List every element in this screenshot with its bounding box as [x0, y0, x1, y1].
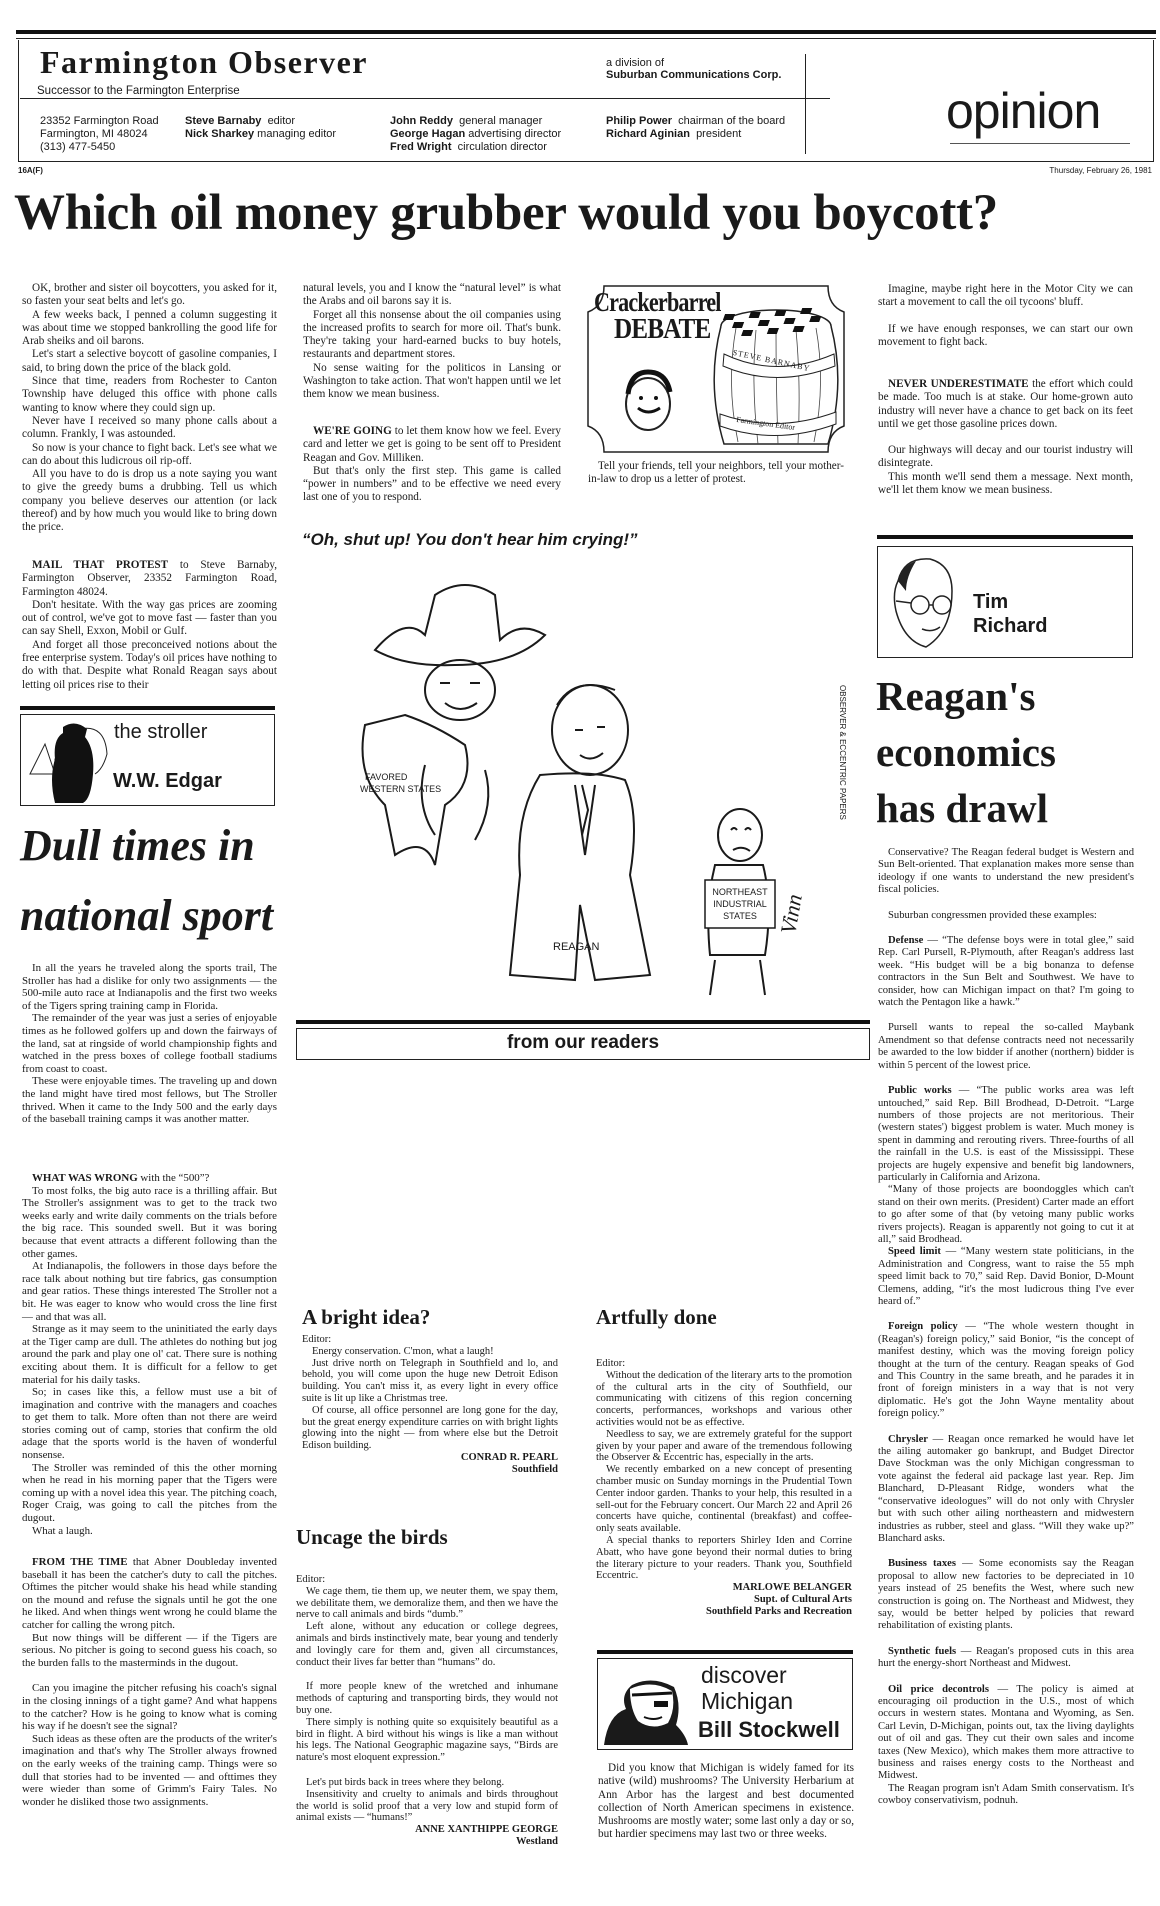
paragraph: “Many of those projects are boondoggles … — [878, 1184, 1134, 1246]
paragraph: Speed limit — “Many western state politi… — [878, 1246, 1134, 1308]
paragraph: And forget all those preconceived notion… — [22, 639, 277, 692]
svg-text:WESTERN STATES: WESTERN STATES — [360, 784, 441, 794]
paragraph: natural levels, you and I know the “natu… — [303, 282, 561, 309]
corp-name: Suburban Communications Corp. — [606, 68, 781, 82]
issue-date: Thursday, February 26, 1981 — [1000, 166, 1152, 175]
crackerbarrel-debate-logo: Crackerbarrel DEBATE STEVE BARNABY Farmi… — [586, 284, 846, 454]
masthead-title-rule — [20, 98, 830, 99]
paragraph: The Stroller was reminded of this the ot… — [22, 1462, 277, 1525]
paragraph: Let's put birds back in trees where they… — [296, 1777, 558, 1789]
boycott-col2: natural levels, you and I know the “natu… — [303, 282, 561, 402]
paper-name: Farmington Observer — [40, 44, 368, 81]
opinion-underline — [950, 143, 1130, 144]
paragraph: Since that time, readers from Rochester … — [22, 375, 277, 415]
staff-role: advertising director — [468, 128, 561, 140]
salutation: Editor: — [596, 1358, 852, 1370]
staff-role: managing editor — [257, 128, 336, 140]
cartoon-illustration-icon: NORTHEAST INDUSTRIAL STATES FAVORED WEST… — [295, 555, 865, 1015]
paragraph: We cage them, tie them up, we neuter the… — [296, 1586, 558, 1621]
letter-location: Southfield Parks and Recreation — [596, 1606, 852, 1618]
paragraph: No sense waiting for the politicos in La… — [303, 362, 561, 402]
paragraph: Strange as it may seem to the uninitiate… — [22, 1323, 277, 1386]
staff-name: Nick Sharkey — [185, 128, 254, 140]
svg-text:FAVORED: FAVORED — [365, 772, 408, 782]
paragraph: Never have I received so many phone call… — [22, 415, 277, 442]
staff-role: editor — [268, 115, 296, 127]
paragraph: Pursell wants to repeal the so-called Ma… — [878, 1022, 1134, 1072]
successor-line: Successor to the Farmington Enterprise — [37, 84, 240, 98]
paragraph: If we have enough responses, we can star… — [878, 323, 1133, 350]
boycott-col4: Imagine, maybe right here in the Motor C… — [878, 283, 1133, 349]
letter-signature: CONRAD R. PEARL — [302, 1452, 558, 1464]
staff-col2: John Reddy general manager George Hagan … — [390, 115, 561, 154]
paragraph: There simply is nothing quite so exquisi… — [296, 1717, 558, 1764]
debate-title: DEBATE — [614, 316, 710, 344]
bill-stockwell-portrait-icon — [602, 1665, 688, 1747]
svg-text:STATES: STATES — [723, 911, 757, 921]
paragraph: But that's only the first step. This gam… — [303, 465, 561, 505]
paragraph: Insensitivity and cruelty to animals and… — [296, 1789, 558, 1824]
phone-line: (313) 477-5450 — [40, 141, 159, 154]
paragraph: These were enjoyable times. The travelin… — [22, 1075, 277, 1125]
paragraph: Tell your friends, tell your neighbors, … — [588, 460, 844, 487]
tim-richard-body: Conservative? The Reagan federal budget … — [878, 847, 1134, 1808]
paragraph: Business taxes — Some economists say the… — [878, 1558, 1134, 1632]
tim-richard-first: Tim — [973, 591, 1008, 613]
paragraph: The remainder of the year was just a ser… — [22, 1012, 277, 1075]
paragraph: We recently embarked on a new concept of… — [596, 1464, 852, 1535]
boycott-col2b: WE'RE GOING to let them know how we feel… — [303, 425, 561, 505]
paragraph: What a laugh. — [22, 1525, 277, 1538]
stroller-silhouette-icon — [25, 719, 111, 803]
paragraph: Chrysler — Reagan once remarked he would… — [878, 1434, 1134, 1546]
main-headline: Which oil money grubber would you boycot… — [14, 183, 1154, 243]
paragraph: Synthetic fuels — Reagan's proposed cuts… — [878, 1646, 1134, 1671]
paragraph: OK, brother and sister oil boycotters, y… — [22, 282, 277, 309]
letter-body: Editor: Energy conservation. C'mon, what… — [302, 1334, 558, 1476]
paragraph: Just drive north on Telegraph in Southfi… — [302, 1358, 558, 1405]
discover-rule — [597, 1650, 853, 1654]
paragraph: with the “500”? — [138, 1172, 210, 1184]
salutation: Editor: — [296, 1574, 558, 1586]
stroller-box: the stroller W.W. Edgar — [20, 714, 275, 806]
staff-name: Steve Barnaby — [185, 115, 261, 127]
staff-name: Philip Power — [606, 115, 672, 127]
staff-name: George Hagan — [390, 128, 465, 140]
paragraph: But now things will be different — if th… — [22, 1632, 277, 1670]
letter-location: Southfield — [302, 1464, 558, 1476]
paragraph: To most folks, the big auto race is a th… — [22, 1185, 277, 1261]
staff-col1: Steve Barnaby editor Nick Sharkey managi… — [185, 115, 336, 141]
paragraph: Energy conservation. C'mon, what a laugh… — [302, 1346, 558, 1358]
svg-text:REAGAN: REAGAN — [553, 941, 600, 953]
masthead-vertical-divider — [805, 54, 806, 154]
paragraph: Conservative? The Reagan federal budget … — [878, 847, 1134, 897]
tim-richard-portrait-icon — [886, 551, 956, 651]
salutation: Editor: — [302, 1334, 558, 1346]
paragraph: So; in cases like this, a fellow must us… — [22, 1386, 277, 1462]
editorial-cartoon: NORTHEAST INDUSTRIAL STATES FAVORED WEST… — [295, 555, 865, 1015]
svg-text:INDUSTRIAL: INDUSTRIAL — [713, 899, 767, 909]
paragraph: Suburban congressmen provided these exam… — [878, 910, 1134, 922]
staff-col3: Philip Power chairman of the board Richa… — [606, 115, 785, 141]
paragraph: If more people knew of the wretched and … — [296, 1681, 558, 1716]
paragraph: Imagine, maybe right here in the Motor C… — [878, 283, 1133, 310]
paragraph: In all the years he traveled along the s… — [22, 962, 277, 1012]
michigan-label: Michigan — [701, 1688, 793, 1714]
letter-signature: MARLOWE BELANGER — [596, 1582, 852, 1594]
masthead-top-rule — [16, 30, 1156, 34]
paragraph: Can you imagine the pitcher refusing his… — [22, 1682, 277, 1732]
tim-richard-rule — [877, 535, 1133, 539]
svg-text:Vinn: Vinn — [775, 892, 807, 936]
paragraph: Oil price decontrols — The policy is aim… — [878, 1684, 1134, 1783]
letter-title: Uncage the birds — [296, 1525, 448, 1550]
cartoon-caption: “Oh, shut up! You don't hear him crying!… — [302, 530, 638, 550]
tim-richard-last: Richard — [973, 615, 1047, 637]
paragraph: Such ideas as these often are the produc… — [22, 1733, 277, 1809]
paragraph: This month we'll send them a message. Ne… — [878, 471, 1133, 498]
address-line: Farmington, MI 48024 — [40, 128, 159, 141]
letter-title: A bright idea? — [302, 1305, 430, 1330]
stroller-body-c: FROM THE TIME that Abner Doubleday inven… — [22, 1556, 277, 1808]
section-label-opinion: opinion — [946, 86, 1100, 136]
boycott-col3: Tell your friends, tell your neighbors, … — [588, 460, 844, 487]
paragraph: At Indianapolis, the followers in those … — [22, 1260, 277, 1323]
letter-title: Artfully done — [596, 1305, 717, 1330]
paragraph: Foreign policy — “The whole western thou… — [878, 1321, 1134, 1420]
masthead-rule — [16, 38, 1156, 39]
paragraph: Without the dedication of the literary a… — [596, 1370, 852, 1429]
paragraph: Needless to say, we are extremely gratef… — [596, 1429, 852, 1464]
paragraph: A few weeks back, I penned a column sugg… — [22, 309, 277, 349]
tim-richard-box: Tim Richard — [877, 546, 1133, 658]
letter-body: Editor: Without the dedication of the li… — [596, 1358, 852, 1618]
stroller-body-a: In all the years he traveled along the s… — [22, 962, 277, 1126]
tim-richard-headline: Reagan's economics has drawl — [876, 668, 1056, 836]
readers-banner-label: from our readers — [296, 1032, 870, 1054]
lead-in: MAIL THAT PROTEST — [32, 559, 168, 571]
staff-name: Richard Aginian — [606, 128, 690, 140]
staff-role: chairman of the board — [678, 115, 785, 127]
letter-signer-title: Supt. of Cultural Arts — [596, 1594, 852, 1606]
address-block: 23352 Farmington Road Farmington, MI 480… — [40, 115, 159, 154]
discover-body: Did you know that Michigan is widely fam… — [598, 1762, 854, 1842]
paragraph: Left alone, without any education or col… — [296, 1621, 558, 1668]
letter-signature: ANNE XANTHIPPE GEORGE — [296, 1824, 558, 1836]
paragraph: Let's start a selective boycott of gasol… — [22, 348, 277, 375]
lead-in: WHAT WAS WRONG — [32, 1172, 138, 1184]
paragraph: All you have to do is drop us a note say… — [22, 468, 277, 534]
letter-body: Editor: We cage them, tie them up, we ne… — [296, 1574, 558, 1848]
paragraph: A special thanks to reporters Shirley Id… — [596, 1535, 852, 1582]
boycott-col1: OK, brother and sister oil boycotters, y… — [22, 282, 277, 535]
letter-location: Westland — [296, 1836, 558, 1848]
lead-in: FROM THE TIME — [32, 1556, 128, 1568]
headline-line: economics — [876, 724, 1056, 780]
discover-michigan-box: discover Michigan Bill Stockwell — [597, 1658, 853, 1750]
headline-line: Reagan's — [876, 668, 1056, 724]
paragraph: So now is your chance to fight back. Let… — [22, 442, 277, 469]
paragraph: The Reagan program isn't Adam Smith cons… — [878, 1783, 1134, 1808]
stroller-author: W.W. Edgar — [113, 770, 222, 793]
staff-role: president — [696, 128, 741, 140]
discover-label: discover — [701, 1662, 787, 1688]
paragraph: Defense — “The defense boys were in tota… — [878, 935, 1134, 1009]
address-line: 23352 Farmington Road — [40, 115, 159, 128]
discover-author: Bill Stockwell — [698, 1717, 840, 1743]
crackerbarrel-title: Crackerbarrel — [594, 288, 721, 316]
stroller-headline-line1: Dull times in — [20, 822, 255, 870]
lead-in: NEVER UNDERESTIMATE — [888, 378, 1029, 390]
boycott-col4b: NEVER UNDERESTIMATE the effort which cou… — [878, 378, 1133, 497]
svg-text:NORTHEAST: NORTHEAST — [712, 887, 768, 897]
stroller-column-label: the stroller — [114, 721, 207, 744]
paragraph: Forget all this nonsense about the oil c… — [303, 309, 561, 362]
staff-role: general manager — [459, 115, 542, 127]
paragraph: Did you know that Michigan is widely fam… — [598, 1762, 854, 1842]
stroller-rule — [20, 706, 275, 710]
paragraph: Of course, all office personnel are long… — [302, 1405, 558, 1452]
stroller-headline-line2: national sport — [20, 892, 273, 940]
lead-in: WE'RE GOING — [313, 425, 392, 437]
svg-text:OBSERVER & ECCENTRIC PAPERS: OBSERVER & ECCENTRIC PAPERS — [838, 685, 847, 820]
readers-banner-rule — [296, 1020, 870, 1024]
paragraph: Don't hesitate. With the way gas prices … — [22, 599, 277, 639]
paragraph: Public works — “The public works area wa… — [878, 1085, 1134, 1184]
stroller-body-b: WHAT WAS WRONG with the “500”? To most f… — [22, 1172, 277, 1537]
headline-line: has drawl — [876, 780, 1056, 836]
page-number: 16A(F) — [18, 166, 43, 175]
paragraph: Our highways will decay and our tourist … — [878, 444, 1133, 471]
staff-name: Fred Wright — [390, 141, 452, 153]
boycott-col1b: MAIL THAT PROTEST to Steve Barnaby, Farm… — [22, 559, 277, 692]
staff-name: John Reddy — [390, 115, 453, 127]
staff-role: circulation director — [458, 141, 547, 153]
